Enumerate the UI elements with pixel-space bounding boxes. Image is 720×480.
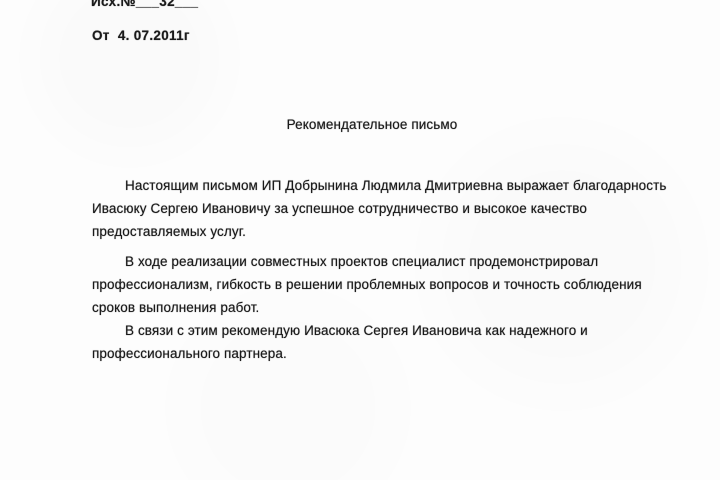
outgoing-number-line: Исх.№___32___ (91, 0, 198, 9)
date-line: От 4. 07.2011г (92, 28, 190, 43)
letter-title: Рекомендательное письмо (12, 117, 720, 132)
paragraph-line: предоставляемых услуг. (92, 220, 667, 243)
paragraph-line: Настоящим письмом ИП Добрынина Людмила Д… (92, 174, 667, 197)
paragraph-line: профессионализм, гибкость в решении проб… (92, 273, 667, 296)
paragraph-line: сроков выполнения работ. (92, 296, 667, 319)
paragraph-line: В ходе реализации совместных проектов сп… (92, 250, 667, 273)
scanned-letter-page: Исх.№___32___ От 4. 07.2011г Рекомендате… (0, 0, 720, 480)
paragraph-recommendation: В связи с этим рекомендую Ивасюка Сергея… (92, 319, 667, 365)
paragraph-projects: В ходе реализации совместных проектов сп… (92, 250, 667, 319)
paragraph-line: Ивасюку Сергею Ивановичу за успешное сот… (92, 197, 667, 220)
paragraph-line: В связи с этим рекомендую Ивасюка Сергея… (92, 319, 667, 342)
paragraph-gratitude: Настоящим письмом ИП Добрынина Людмила Д… (92, 174, 667, 243)
paragraph-line: профессионального партнера. (92, 342, 667, 365)
